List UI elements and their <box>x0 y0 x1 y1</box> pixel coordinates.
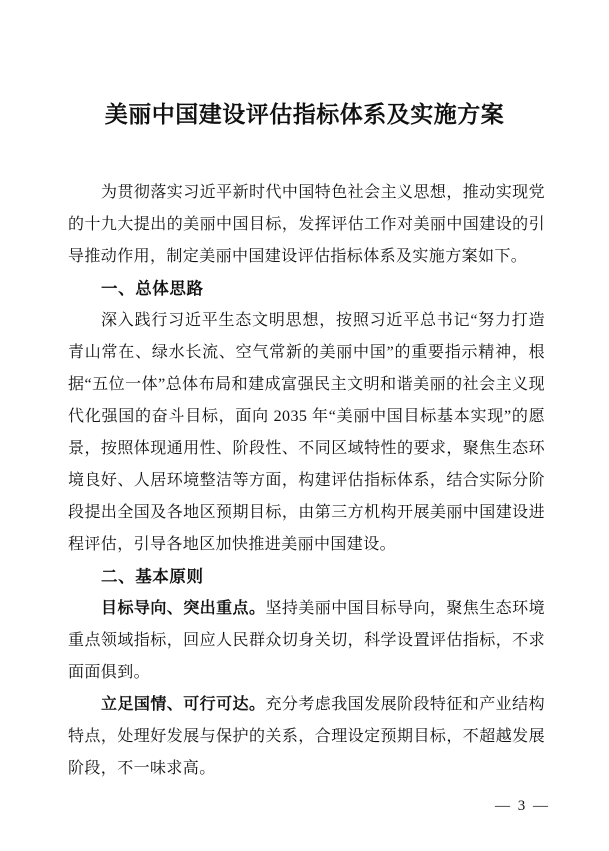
overall-approach-paragraph: 深入践行习近平生态文明思想，按照习近平总书记“努力打造青山常在、绿水长流、空气常… <box>68 305 545 561</box>
principle-goal-oriented-paragraph: 目标导向、突出重点。坚持美丽中国目标导向，聚焦生态环境重点领域指标，回应人民群众… <box>68 593 545 689</box>
document-body: 为贯彻落实习近平新时代中国特色社会主义思想，推动实现党的十九大提出的美丽中国目标… <box>68 177 545 785</box>
principle-feasibility-lead: 立足国情、可行可达。 <box>101 696 265 713</box>
principle-feasibility-paragraph: 立足国情、可行可达。充分考虑我国发展阶段特征和产业结构特点，处理好发展与保护的关… <box>68 689 545 785</box>
intro-paragraph: 为贯彻落实习近平新时代中国特色社会主义思想，推动实现党的十九大提出的美丽中国目标… <box>68 177 545 273</box>
section-heading-basic-principles: 二、基本原则 <box>68 561 545 593</box>
section-heading-overall-approach: 一、总体思路 <box>68 273 545 305</box>
document-page: 美丽中国建设评估指标体系及实施方案 为贯彻落实习近平新时代中国特色社会主义思想，… <box>0 0 609 851</box>
document-title: 美丽中国建设评估指标体系及实施方案 <box>66 100 543 130</box>
principle-goal-oriented-lead: 目标导向、突出重点。 <box>101 600 265 617</box>
page-number: — 3 — <box>495 797 550 815</box>
